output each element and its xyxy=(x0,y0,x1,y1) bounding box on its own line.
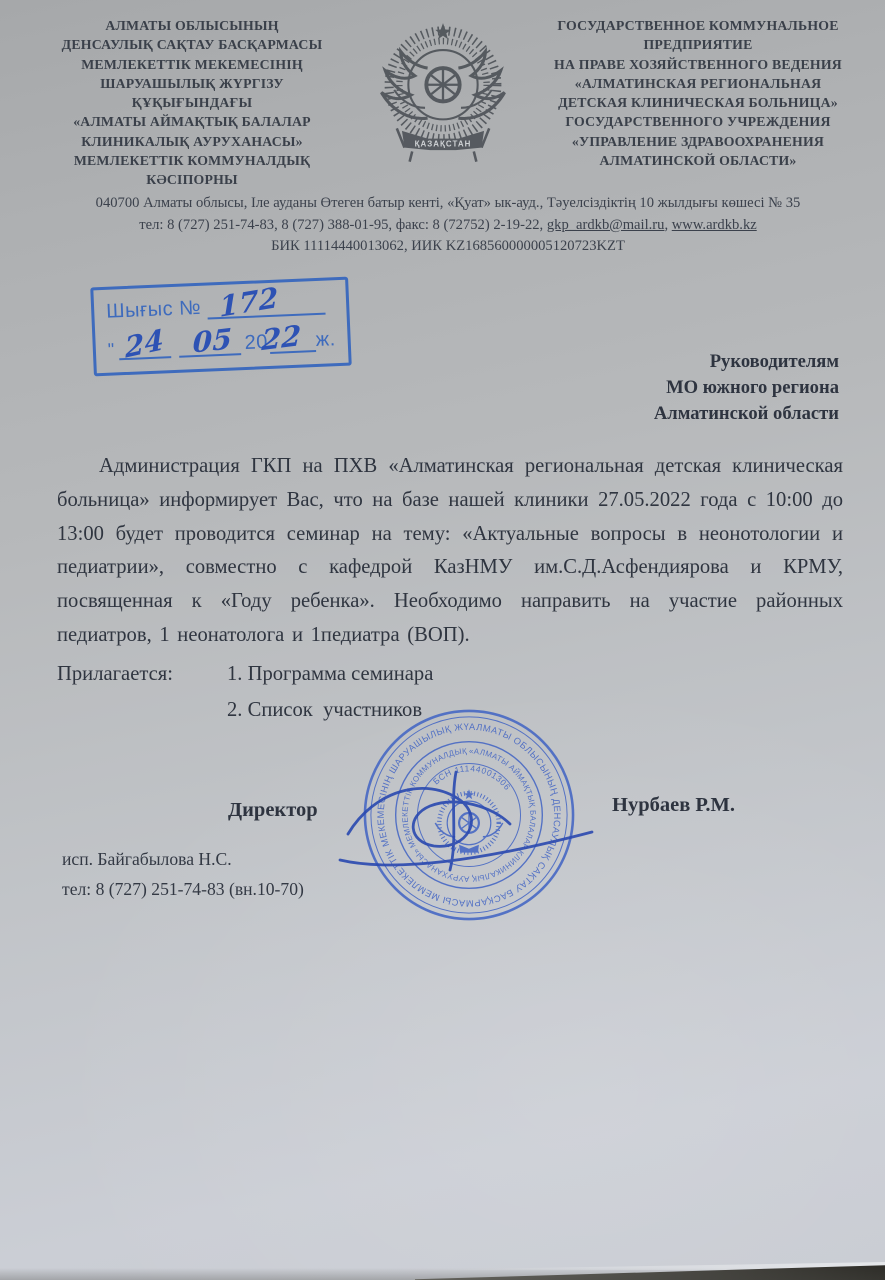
stamp-year-handwritten: 22 xyxy=(261,319,302,358)
letterhead-phone-line: тел: 8 (727) 251-74-83, 8 (727) 388-01-9… xyxy=(48,215,848,237)
org-line: ҚҰҚЫҒЫНДАҒЫ xyxy=(22,93,362,112)
org-line: ШАРУАШЫЛЫҚ ЖҮРГІЗУ xyxy=(22,74,362,93)
executor-block: исп. Байгабылова Н.С. тел: 8 (727) 251-7… xyxy=(62,845,304,904)
attachments-label: Прилагается: xyxy=(57,656,195,728)
letterhead-bank-details: БИК 11114440013062, ИИК KZ16856000000512… xyxy=(48,236,848,258)
addressee-line: МО южного региона xyxy=(519,375,839,401)
org-name-russian: ГОСУДАРСТВЕННОЕ КОММУНАЛЬНОЕ ПРЕДПРИЯТИЕ… xyxy=(528,16,868,170)
org-line: КӘСІПОРНЫ xyxy=(22,170,362,189)
email-link: gkp_ardkb@mail.ru xyxy=(547,217,665,233)
stamp-open-quote: " xyxy=(107,339,115,360)
org-line: «УПРАВЛЕНИЕ ЗДРАВООХРАНЕНИЯ xyxy=(528,132,868,151)
body-paragraph: Администрация ГКП на ПХВ «Алматинская ре… xyxy=(57,450,843,653)
attachment-item: 1. Программа семинара xyxy=(227,656,433,692)
org-line: НА ПРАВЕ ХОЗЯЙСТВЕННОГО ВЕДЕНИЯ xyxy=(528,55,868,74)
stamp-day-slot: 24 xyxy=(118,330,171,360)
separator-text: , xyxy=(664,217,671,233)
stamp-number-slot: 172 xyxy=(206,287,325,320)
stamp-number-handwritten: 172 xyxy=(219,281,279,324)
stamp-year-slot: 22 xyxy=(269,324,316,354)
org-line: АЛМАТИНСКОЙ ОБЛАСТИ» xyxy=(528,151,868,170)
org-line: ПРЕДПРИЯТИЕ xyxy=(528,35,868,54)
stamp-month-handwritten: 05 xyxy=(192,322,233,360)
director-name: Нурбаев Р.М. xyxy=(612,794,735,817)
executor-name: исп. Байгабылова Н.С. xyxy=(62,845,304,875)
org-line: ДЕНСАУЛЫҚ САҚТАУ БАСҚАРМАСЫ xyxy=(22,35,362,54)
org-line: «АЛМАТЫ АЙМАҚТЫҚ БАЛАЛАР xyxy=(22,112,362,131)
org-name-kazakh: АЛМАТЫ ОБЛЫСЫНЫҢ ДЕНСАУЛЫҚ САҚТАУ БАСҚАР… xyxy=(22,16,362,190)
stamp-year-suffix: ж. xyxy=(315,328,336,352)
org-line: МЕМЛЕКЕТТІК КОММУНАЛДЫҚ xyxy=(22,151,362,170)
org-line: АЛМАТЫ ОБЛЫСЫНЫҢ xyxy=(22,16,362,35)
addressee-line: Алматинской области xyxy=(519,401,839,427)
stamp-day-handwritten: 24 xyxy=(124,323,164,365)
org-line: ДЕТСКАЯ КЛИНИЧЕСКАЯ БОЛЬНИЦА» xyxy=(528,93,868,112)
letterhead-contacts: 040700 Алматы облысы, Іле ауданы Өтеген … xyxy=(48,193,848,258)
director-title: Директор xyxy=(228,799,318,822)
phone-fax-text: тел: 8 (727) 251-74-83, 8 (727) 388-01-9… xyxy=(139,217,547,233)
org-line: ГОСУДАРСТВЕННОГО УЧРЕЖДЕНИЯ xyxy=(528,112,868,131)
letter-body: Администрация ГКП на ПХВ «Алматинская ре… xyxy=(57,450,843,728)
website-link: www.ardkb.kz xyxy=(672,217,757,233)
letterhead-address: 040700 Алматы облысы, Іле ауданы Өтеген … xyxy=(48,193,848,215)
org-line: КЛИНИКАЛЫҚ АУРУХАНАСЫ» xyxy=(22,132,362,151)
outgoing-number-stamp: Шығыс № 172 " 24 05 20 22 ж. xyxy=(90,277,352,377)
addressee-line: Руководителям xyxy=(519,349,839,375)
stamp-month-slot: 05 xyxy=(178,327,241,358)
executor-phone: тел: 8 (727) 251-74-83 (вн.10-70) xyxy=(62,875,304,905)
stamp-label: Шығыс № xyxy=(106,297,202,324)
org-line: МЕМЛЕКЕТТІК МЕКЕМЕСІНІҢ xyxy=(22,55,362,74)
signature-scribble xyxy=(330,738,640,908)
org-line: ГОСУДАРСТВЕННОЕ КОММУНАЛЬНОЕ xyxy=(528,16,868,35)
kazakhstan-emblem-icon: ҚАЗАҚСТАН xyxy=(366,18,520,172)
scanned-letter-page: АЛМАТЫ ОБЛЫСЫНЫҢ ДЕНСАУЛЫҚ САҚТАУ БАСҚАР… xyxy=(0,0,885,1280)
org-line: «АЛМАТИНСКАЯ РЕГИОНАЛЬНАЯ xyxy=(528,74,868,93)
addressee-block: Руководителям МО южного региона Алматинс… xyxy=(519,349,839,426)
emblem-banner-text: ҚАЗАҚСТАН xyxy=(415,139,472,148)
